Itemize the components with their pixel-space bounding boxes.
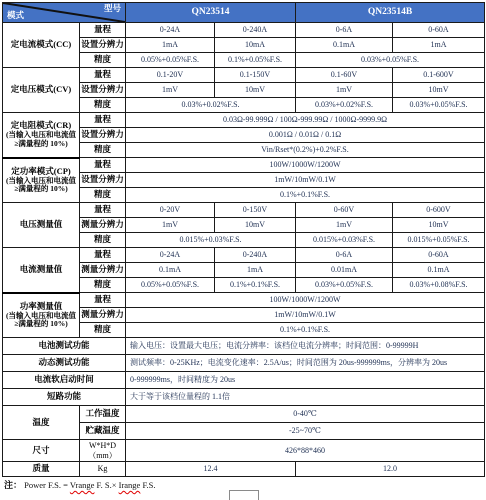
section-label-temperature: 温度 — [3, 406, 80, 440]
section-label-cv: 定电压模式(CV) — [3, 68, 80, 113]
cc-range-c3: 0-6A — [296, 23, 393, 38]
vmeas-res-c1: 1mV — [126, 218, 215, 233]
storage-temp-label: 贮藏温度 — [80, 423, 126, 440]
vmeas-res-c4: 10mV — [393, 218, 485, 233]
imeas-range-row: 电流测量值 量程 0-24A 0-240A 0-6A 0-60A — [3, 248, 485, 263]
imeas-acc-c1: 0.05%+0.05%F.S. — [126, 278, 215, 293]
cr-resolution: 0.001Ω / 0.01Ω / 0.1Ω — [126, 128, 485, 143]
vmeas-range-c2: 0-150V — [215, 203, 296, 218]
weight-value-qn23514b: 12.0 — [296, 462, 485, 477]
row-label-range: 量程 — [80, 203, 126, 218]
battery-row: 电池测试功能 输入电压：设置最大电压；电流分辨率：该档位电流分辨率；时间范围：0… — [3, 338, 485, 355]
vmeas-range-c4: 0-600V — [393, 203, 485, 218]
cv-res-c2: 10mV — [215, 83, 296, 98]
vmeas-range-c3: 0-60V — [296, 203, 393, 218]
weight-row: 质量 Kg 12.4 12.0 — [3, 462, 485, 477]
imeas-range-c4: 0-60A — [393, 248, 485, 263]
page-footer-box — [229, 490, 259, 500]
row-label-meas-resolution: 测量分辨力 — [80, 263, 126, 278]
row-label-accuracy: 精度 — [80, 98, 126, 113]
cr-sublabel: (当输入电压和电流值≥满量程的 10%) — [4, 131, 78, 148]
cv-acc-c4: 0.03%+0.05%F.S. — [393, 98, 485, 113]
cv-acc-c3: 0.03%+0.02%F.S. — [296, 98, 393, 113]
row-label-range: 量程 — [80, 23, 126, 38]
row-label-range: 量程 — [80, 248, 126, 263]
pmeas-range-row: 功率测量值 (当输入电压和电流值≥满量程的 10%) 量程 100W/1000W… — [3, 293, 485, 308]
short-circuit-value: 大于等于该档位量程的 1.1倍 — [126, 389, 485, 406]
pmeas-accuracy: 0.1%+0.1%F.S. — [126, 323, 485, 338]
dimensions-value: 426*88*460 — [126, 440, 485, 462]
cp-range: 100W/1000W/1200W — [126, 158, 485, 173]
cc-range-c2: 0-240A — [215, 23, 296, 38]
corner-model-label: 型号 — [104, 4, 121, 14]
section-label-pmeas: 功率测量值 (当输入电压和电流值≥满量程的 10%) — [3, 293, 80, 338]
cc-range-c4: 0-60A — [393, 23, 485, 38]
vmeas-acc-c4: 0.015%+0.05%F.S. — [393, 233, 485, 248]
softstart-value: 0-999999ms，时间精度为 20us — [126, 372, 485, 389]
cv-range-c2: 0.1-150V — [215, 68, 296, 83]
imeas-range-c1: 0-24A — [126, 248, 215, 263]
dynamic-row: 动态测试功能 测试频率：0-25KHz；电流变化速率：2.5A/us；时间范围为… — [3, 355, 485, 372]
section-label-cp: 定功率模式(CP) (当输入电压和电流值≥满量程的 10%) — [3, 158, 80, 203]
corner-cell: 型号 模式 — [3, 3, 126, 23]
row-label-set-resolution: 设置分辨力 — [80, 128, 126, 143]
corner-mode-label: 模式 — [7, 11, 24, 21]
imeas-res-c1: 0.1mA — [126, 263, 215, 278]
cc-res-c4: 1mA — [393, 38, 485, 53]
section-label-softstart: 电流软启动时间 — [3, 372, 126, 389]
model-header-qn23514b: QN23514B — [296, 3, 485, 23]
cv-range-c4: 0.1-600V — [393, 68, 485, 83]
cc-acc-b: 0.03%+0.05%F.S. — [296, 53, 485, 68]
section-label-short-circuit: 短路功能 — [3, 389, 126, 406]
row-label-accuracy: 精度 — [80, 233, 126, 248]
row-label-accuracy: 精度 — [80, 188, 126, 203]
cp-accuracy: 0.1%+0.1%F.S. — [126, 188, 485, 203]
pmeas-range: 100W/1000W/1200W — [126, 293, 485, 308]
row-label-accuracy: 精度 — [80, 53, 126, 68]
vmeas-res-c3: 1mV — [296, 218, 393, 233]
row-label-accuracy: 精度 — [80, 323, 126, 338]
spec-sheet-page: { "header": { "corner_top": "型号", "corne… — [0, 0, 486, 500]
section-label-battery: 电池测试功能 — [3, 338, 126, 355]
row-label-accuracy: 精度 — [80, 278, 126, 293]
battery-value: 输入电压：设置最大电压；电流分辨率：该档位电流分辨率；时间范围：0-99999H — [126, 338, 485, 355]
cr-range: 0.03Ω-99.999Ω / 100Ω-999.99Ω / 1000Ω-999… — [126, 113, 485, 128]
cc-acc-c1: 0.05%+0.05%F.S. — [126, 53, 215, 68]
footnote-irange: Irange — [119, 480, 141, 490]
section-label-vmeas: 电压测量值 — [3, 203, 80, 248]
cv-range-row: 定电压模式(CV) 量程 0.1-20V 0.1-150V 0.1-60V 0.… — [3, 68, 485, 83]
imeas-range-c3: 0-6A — [296, 248, 393, 263]
header-row: 型号 模式 QN23514 QN23514B — [3, 3, 485, 23]
cv-res-c3: 1mV — [296, 83, 393, 98]
footnote-vrange: Vrange — [70, 480, 95, 490]
vmeas-res-c2: 10mV — [215, 218, 296, 233]
pmeas-sublabel: (当输入电压和电流值≥满量程的 10%) — [4, 312, 78, 329]
section-label-dimensions: 尺寸 — [3, 440, 80, 462]
cv-acc-a: 0.03%+0.02%F.S. — [126, 98, 296, 113]
operating-temp-value: 0-40℃ — [126, 406, 485, 423]
weight-value-qn23514: 12.4 — [126, 462, 296, 477]
row-label-set-resolution: 设置分辨力 — [80, 38, 126, 53]
dimensions-row: 尺寸 W*H*D（mm） 426*88*460 — [3, 440, 485, 462]
cc-range-row: 定电流模式(CC) 量程 0-24A 0-240A 0-6A 0-60A — [3, 23, 485, 38]
imeas-res-c2: 1mA — [215, 263, 296, 278]
operating-temp-row: 温度 工作温度 0-40℃ — [3, 406, 485, 423]
section-label-weight: 质量 — [3, 462, 80, 477]
cc-range-c1: 0-24A — [126, 23, 215, 38]
row-label-meas-resolution: 测量分辨力 — [80, 218, 126, 233]
vmeas-acc-a: 0.015%+0.03%F.S. — [126, 233, 296, 248]
weight-unit: Kg — [80, 462, 126, 477]
model-header-qn23514: QN23514 — [126, 3, 296, 23]
section-label-cc: 定电流模式(CC) — [3, 23, 80, 68]
imeas-acc-c4: 0.03%+0.08%F.S. — [393, 278, 485, 293]
vmeas-range-c1: 0-20V — [126, 203, 215, 218]
row-label-range: 量程 — [80, 68, 126, 83]
row-label-set-resolution: 设置分辨力 — [80, 83, 126, 98]
imeas-res-c4: 0.1mA — [393, 263, 485, 278]
vmeas-range-row: 电压测量值 量程 0-20V 0-150V 0-60V 0-600V — [3, 203, 485, 218]
cc-acc-c2: 0.1%+0.05%F.S. — [215, 53, 296, 68]
imeas-res-c3: 0.01mA — [296, 263, 393, 278]
cp-resolution: 1mW/10mW/0.1W — [126, 173, 485, 188]
footnote: 注： Power F.S. = Vrange F. S.× Irange F.S… — [4, 478, 156, 491]
imeas-acc-c3: 0.03%+0.05%F.S. — [296, 278, 393, 293]
cv-res-c4: 10mV — [393, 83, 485, 98]
row-label-range: 量程 — [80, 113, 126, 128]
imeas-acc-c2: 0.1%+0.1%F.S. — [215, 278, 296, 293]
spec-table: 型号 模式 QN23514 QN23514B 定电流模式(CC) 量程 0-24… — [2, 2, 485, 477]
softstart-row: 电流软启动时间 0-999999ms，时间精度为 20us — [3, 372, 485, 389]
storage-temp-value: -25~70℃ — [126, 423, 485, 440]
section-label-cr: 定电阻模式(CR) (当输入电压和电流值≥满量程的 10%) — [3, 113, 80, 158]
footnote-text: F.S. — [140, 480, 155, 490]
dynamic-value: 测试频率：0-25KHz；电流变化速率：2.5A/us；时间范围为 20us-9… — [126, 355, 485, 372]
dimensions-unit: W*H*D（mm） — [80, 440, 126, 462]
cr-accuracy: Vin/Rset*(0.2%)+0.2%F.S. — [126, 143, 485, 158]
cc-res-c2: 10mA — [215, 38, 296, 53]
operating-temp-label: 工作温度 — [80, 406, 126, 423]
row-label-range: 量程 — [80, 158, 126, 173]
cp-range-row: 定功率模式(CP) (当输入电压和电流值≥满量程的 10%) 量程 100W/1… — [3, 158, 485, 173]
cv-range-c1: 0.1-20V — [126, 68, 215, 83]
cp-sublabel: (当输入电压和电流值≥满量程的 10%) — [4, 177, 78, 194]
section-label-imeas: 电流测量值 — [3, 248, 80, 293]
footnote-text: F. S.× — [94, 480, 118, 490]
row-label-set-resolution: 设置分辨力 — [80, 173, 126, 188]
short-circuit-row: 短路功能 大于等于该档位量程的 1.1倍 — [3, 389, 485, 406]
footnote-prefix: 注： — [4, 480, 22, 490]
row-label-meas-resolution: 测量分辨力 — [80, 308, 126, 323]
imeas-range-c2: 0-240A — [215, 248, 296, 263]
row-label-range: 量程 — [80, 293, 126, 308]
row-label-accuracy: 精度 — [80, 143, 126, 158]
vmeas-acc-c3: 0.015%+0.03%F.S. — [296, 233, 393, 248]
section-label-dynamic: 动态测试功能 — [3, 355, 126, 372]
footnote-text: Power F.S. = — [24, 480, 70, 490]
cc-res-c3: 0.1mA — [296, 38, 393, 53]
cr-range-row: 定电阻模式(CR) (当输入电压和电流值≥满量程的 10%) 量程 0.03Ω-… — [3, 113, 485, 128]
cv-res-c1: 1mV — [126, 83, 215, 98]
cc-res-c1: 1mA — [126, 38, 215, 53]
pmeas-resolution: 1mW/10mW/0.1W — [126, 308, 485, 323]
cv-range-c3: 0.1-60V — [296, 68, 393, 83]
